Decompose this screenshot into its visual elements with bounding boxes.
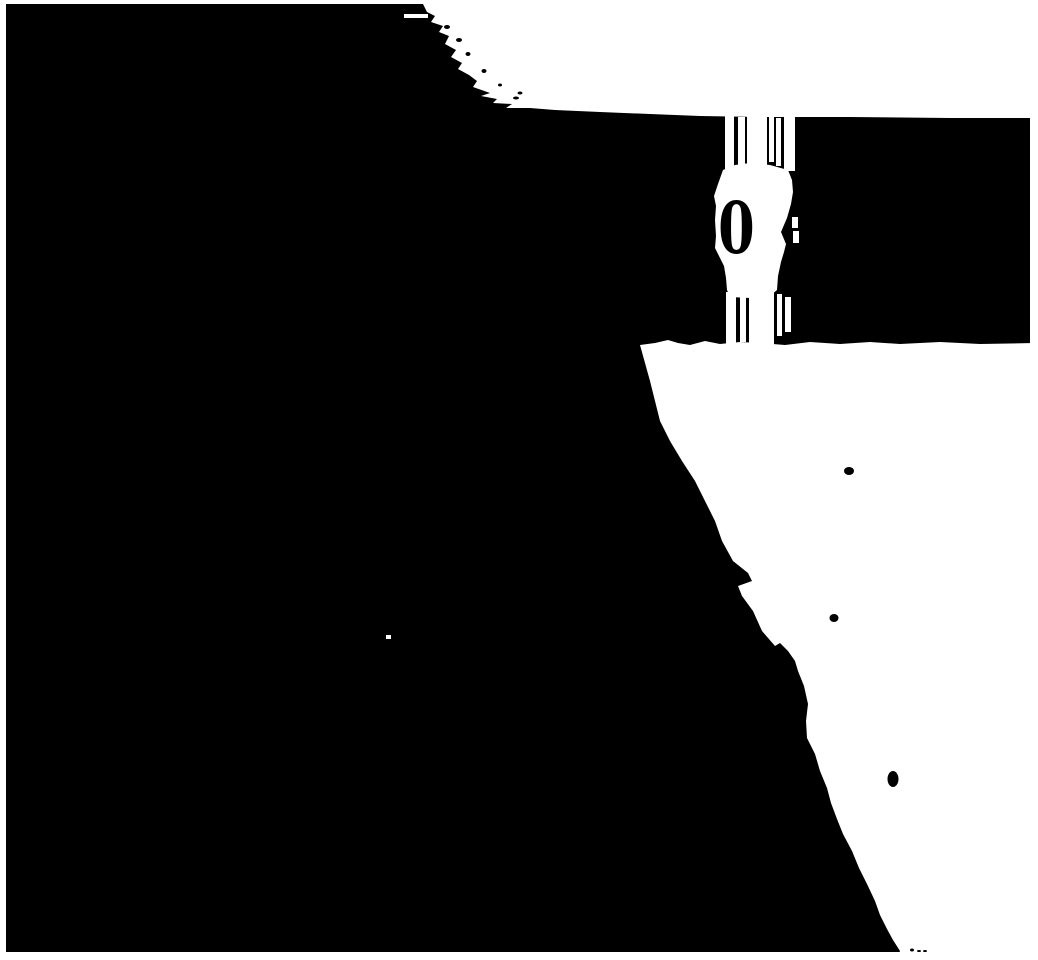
edge-speck-2 [456,38,462,42]
staff-streak-bottom-4 [777,294,782,336]
staff-streak-bottom-1 [726,292,736,347]
staff-streak-top-1 [725,116,734,172]
bottom-speck-1 [910,949,914,952]
bottom-speck-2 [917,950,921,952]
dark-spot-2 [830,614,839,622]
binarized-photo-canvas: 0 [0,0,1038,960]
edge-speck-1 [444,25,450,29]
edge-speck-6 [513,97,519,100]
staff-streak-top-6 [784,116,795,171]
staff-streak-bottom-2 [740,294,746,342]
staff-streak-bottom-5 [785,297,791,332]
staff-streak-top-2 [738,117,745,167]
edge-speck-4 [482,69,487,73]
edge-speck-7 [518,92,523,95]
scene-svg: 0 [0,0,1038,960]
edge-speck-3 [466,52,471,56]
dark-spot-1 [844,467,854,475]
staff-streak-bottom-3 [749,289,774,349]
bottom-speck-3 [923,950,927,952]
dark-spot-3 [888,771,899,787]
staff-zero-label: 0 [718,186,755,270]
staff-right-sliver-2 [793,231,799,243]
staff-right-sliver-1 [792,217,798,228]
white-dash-top [404,14,428,18]
sky-region [423,4,1034,118]
staff-streak-top-4 [769,117,774,162]
edge-speck-5 [498,84,502,87]
white-speck-mid [386,635,391,639]
staff-streak-top-5 [776,118,781,166]
staff-streak-top-3 [747,114,767,176]
scene-shapes [6,4,1034,956]
